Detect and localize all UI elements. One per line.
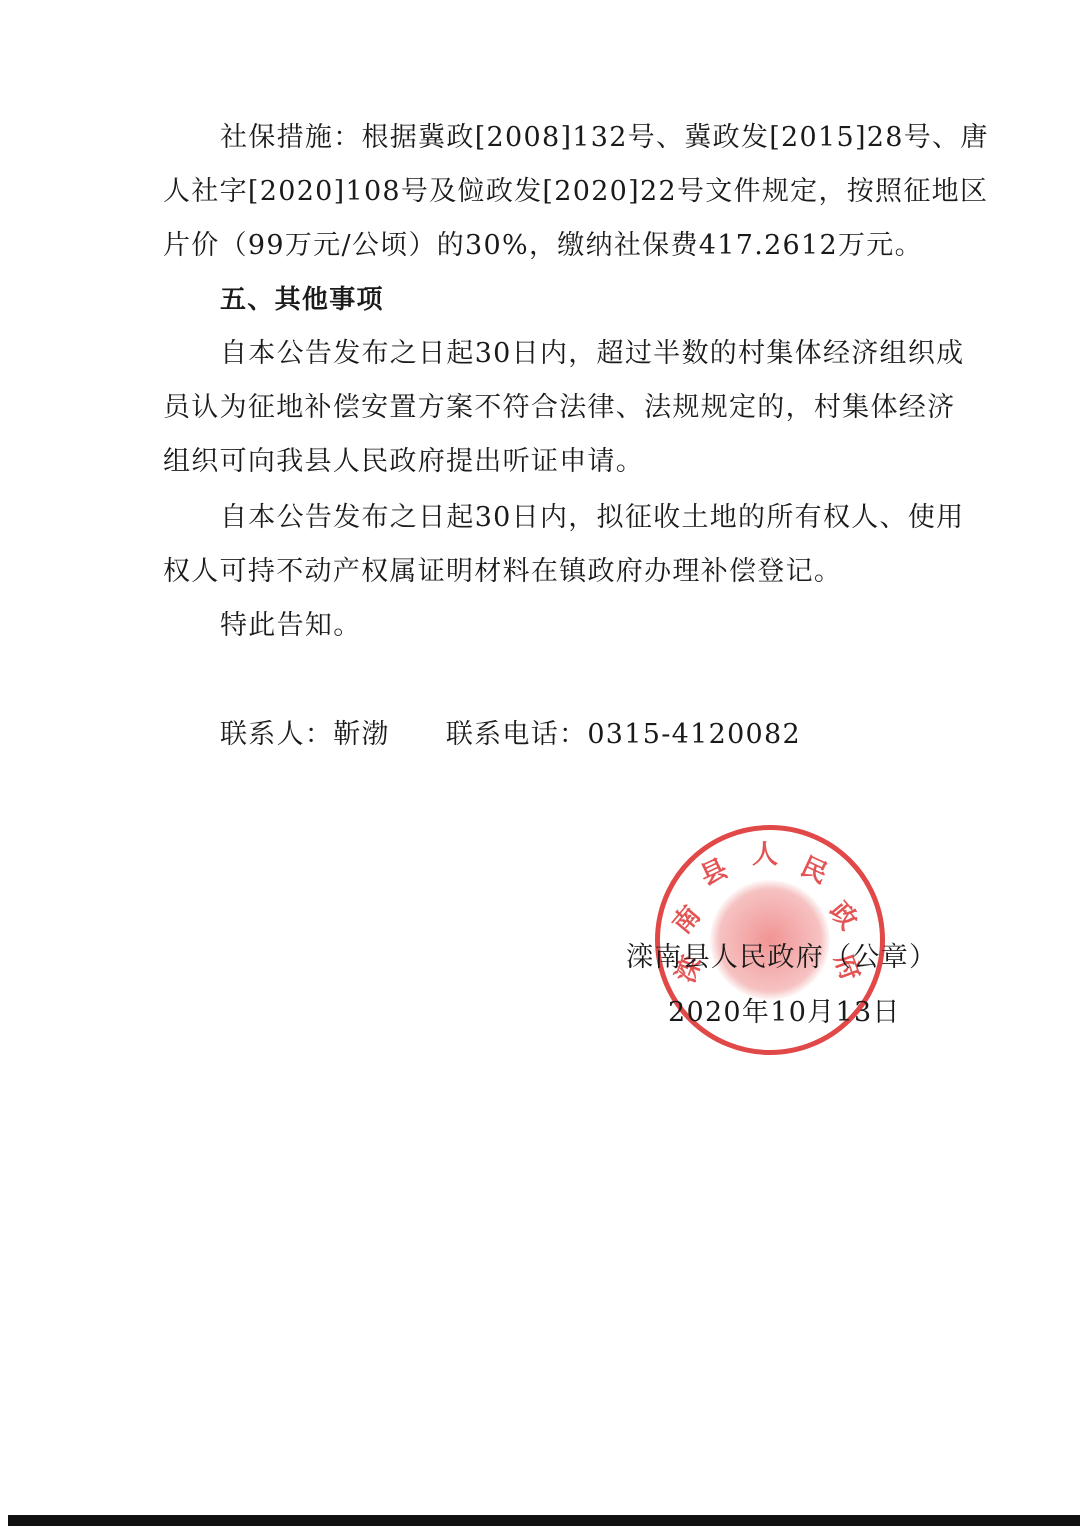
issuer-signature: 滦南县人民政府（公章）: [626, 935, 937, 974]
hearing-line-1: 自本公告发布之日起30日内，超过半数的村集体经济组织成: [220, 334, 964, 374]
seal-char: 县: [693, 848, 732, 893]
contact-person-name: 靳渤: [333, 715, 390, 755]
issue-date: 2020年10月13日: [668, 990, 901, 1029]
section-heading: 五、其他事项: [220, 280, 384, 320]
social-security-line-2: 人社字[2020]108号及傡政发[2020]22号文件规定，按照征地区: [163, 172, 988, 212]
seal-char: 民: [795, 846, 834, 891]
contact-phone-label: 联系电话：: [446, 715, 588, 755]
registration-line-2: 权人可持不动产权属证明材料在镇政府办理补偿登记。: [163, 552, 842, 592]
contact-person-label: 联系人：: [220, 715, 333, 755]
closing-line: 特此告知。: [220, 606, 362, 646]
hearing-line-3: 组织可向我县人民政府提出听证申请。: [163, 442, 644, 482]
social-security-line-1: 社保措施：根据冀政[2008]132号、冀政发[2015]28号、唐: [220, 118, 989, 158]
contact-phone-number: 0315-4120082: [587, 715, 801, 755]
registration-line-1: 自本公告发布之日起30日内，拟征收土地的所有权人、使用: [220, 498, 964, 538]
contact-row: 联系人：靳渤联系电话：0315-4120082: [220, 715, 801, 755]
hearing-line-2: 员认为征地补偿安置方案不符合法律、法规规定的，村集体经济: [163, 388, 955, 428]
scan-edge-bar: [8, 1515, 1080, 1526]
social-security-line-3: 片价（99万元/公顷）的30%，缴纳社保费417.2612万元。: [163, 226, 923, 266]
seal-char: 南: [662, 897, 707, 941]
seal-char: 人: [752, 834, 778, 871]
